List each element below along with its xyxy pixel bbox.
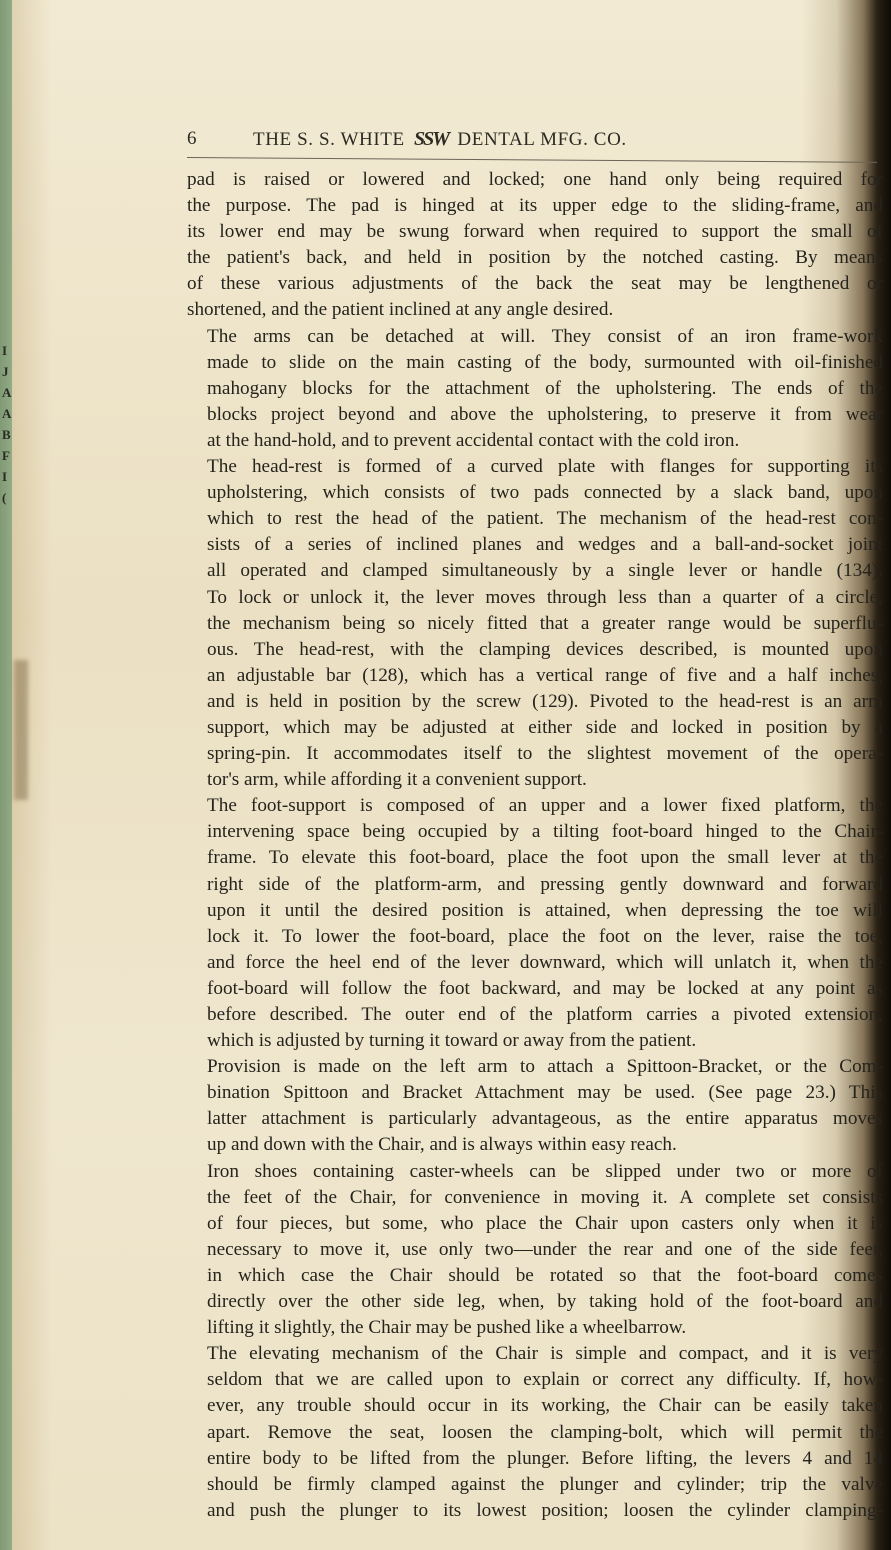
running-head-left: THE S. S. WHITE xyxy=(253,129,405,150)
text-line: the patient's back, and held in position… xyxy=(187,245,883,271)
text-line: Iron shoes containing caster-wheels can … xyxy=(187,1159,883,1185)
paragraph: The elevating mechanism of the Chair is … xyxy=(187,1341,883,1524)
text-line: tor's arm, while affording it a convenie… xyxy=(187,767,883,793)
text-line: an adjustable bar (128), which has a ver… xyxy=(187,663,883,689)
text-line: before described. The outer end of the p… xyxy=(187,1002,883,1028)
paragraph: The head-rest is formed of a curved plat… xyxy=(187,454,883,793)
text-line: and is held in position by the screw (12… xyxy=(187,689,883,715)
text-line: upon it until the desired position is at… xyxy=(187,898,883,924)
fragment-char: ( xyxy=(2,487,14,508)
text-line: latter attachment is particularly advant… xyxy=(187,1106,883,1132)
text-line: should be firmly clamped against the plu… xyxy=(187,1472,883,1498)
text-line: support, which may be adjusted at either… xyxy=(187,715,883,741)
running-head-right: DENTAL MFG. CO. xyxy=(457,129,626,150)
text-line: mahogany blocks for the attachment of th… xyxy=(187,376,883,402)
text-line: sists of a series of inclined planes and… xyxy=(187,532,883,558)
company-monogram-icon: SSW xyxy=(414,128,448,150)
text-line: intervening space being occupied by a ti… xyxy=(187,819,883,845)
text-line: ous. The head-rest, with the clamping de… xyxy=(187,637,883,663)
text-line: right side of the platform-arm, and pres… xyxy=(187,872,883,898)
fragment-char: A xyxy=(2,403,14,424)
text-line: blocks project beyond and above the upho… xyxy=(187,402,883,428)
text-line: The foot-support is composed of an upper… xyxy=(187,793,883,819)
running-head: THE S. S. WHITE SSW DENTAL MFG. CO. xyxy=(253,128,627,151)
text-line: ever, any trouble should occur in its wo… xyxy=(187,1393,883,1419)
paragraph: The arms can be detached at will. They c… xyxy=(187,324,883,454)
text-line: and push the plunger to its lowest posit… xyxy=(187,1498,883,1524)
text-line: in which case the Chair should be rotate… xyxy=(187,1263,883,1289)
paragraph: The foot-support is composed of an upper… xyxy=(187,793,883,1054)
text-line: bination Spittoon and Bracket Attachment… xyxy=(187,1080,883,1106)
facing-page-fragment: I J A A B F I ( xyxy=(2,340,14,508)
text-line: The elevating mechanism of the Chair is … xyxy=(187,1341,883,1367)
text-line: directly over the other side leg, when, … xyxy=(187,1289,883,1315)
text-line: its lower end may be swung forward when … xyxy=(187,219,883,245)
text-line: seldom that we are called upon to explai… xyxy=(187,1367,883,1393)
body-text: pad is raised or lowered and locked; one… xyxy=(187,167,883,1524)
paragraph: Provision is made on the left arm to att… xyxy=(187,1054,883,1158)
paper-stain xyxy=(14,660,28,800)
page-number: 6 xyxy=(187,128,197,150)
text-line: The arms can be detached at will. They c… xyxy=(187,324,883,350)
book-spine-edge xyxy=(0,0,12,1550)
fragment-char: J xyxy=(2,361,14,382)
text-line: To lock or unlock it, the lever moves th… xyxy=(187,585,883,611)
paragraph: pad is raised or lowered and locked; one… xyxy=(187,167,883,324)
text-line: the feet of the Chair, for convenience i… xyxy=(187,1185,883,1211)
text-line: upholstering, which consists of two pads… xyxy=(187,480,883,506)
text-line: pad is raised or lowered and locked; one… xyxy=(187,167,883,193)
text-line: of four pieces, but some, who place the … xyxy=(187,1211,883,1237)
text-line: entire body to be lifted from the plunge… xyxy=(187,1446,883,1472)
text-line: apart. Remove the seat, loosen the clamp… xyxy=(187,1420,883,1446)
text-line: spring-pin. It accommodates itself to th… xyxy=(187,741,883,767)
text-line: Provision is made on the left arm to att… xyxy=(187,1054,883,1080)
text-line: the purpose. The pad is hinged at its up… xyxy=(187,193,883,219)
paragraph: Iron shoes containing caster-wheels can … xyxy=(187,1159,883,1342)
text-line: foot-board will follow the foot backward… xyxy=(187,976,883,1002)
text-line: up and down with the Chair, and is alway… xyxy=(187,1132,883,1158)
text-line: which to rest the head of the patient. T… xyxy=(187,506,883,532)
fragment-char: F xyxy=(2,445,14,466)
fragment-char: A xyxy=(2,382,14,403)
text-line: necessary to move it, use only two—under… xyxy=(187,1237,883,1263)
text-line: and force the heel end of the lever down… xyxy=(187,950,883,976)
text-line: The head-rest is formed of a curved plat… xyxy=(187,454,883,480)
text-line: made to slide on the main casting of the… xyxy=(187,350,883,376)
text-line: shortened, and the patient inclined at a… xyxy=(187,297,883,323)
text-line: the mechanism being so nicely fitted tha… xyxy=(187,611,883,637)
page-header: 6 THE S. S. WHITE SSW DENTAL MFG. CO. xyxy=(187,128,877,158)
fragment-char: I xyxy=(2,466,14,487)
text-line: lock it. To lower the foot-board, place … xyxy=(187,924,883,950)
fragment-char: I xyxy=(2,340,14,361)
text-line: all operated and clamped simultaneously … xyxy=(187,558,883,584)
text-line: which is adjusted by turning it toward o… xyxy=(187,1028,883,1054)
text-line: of these various adjustments of the back… xyxy=(187,271,883,297)
fragment-char: B xyxy=(2,424,14,445)
text-line: lifting it slightly, the Chair may be pu… xyxy=(187,1315,883,1341)
text-line: at the hand-hold, and to prevent acciden… xyxy=(187,428,883,454)
text-line: frame. To elevate this foot-board, place… xyxy=(187,845,883,871)
